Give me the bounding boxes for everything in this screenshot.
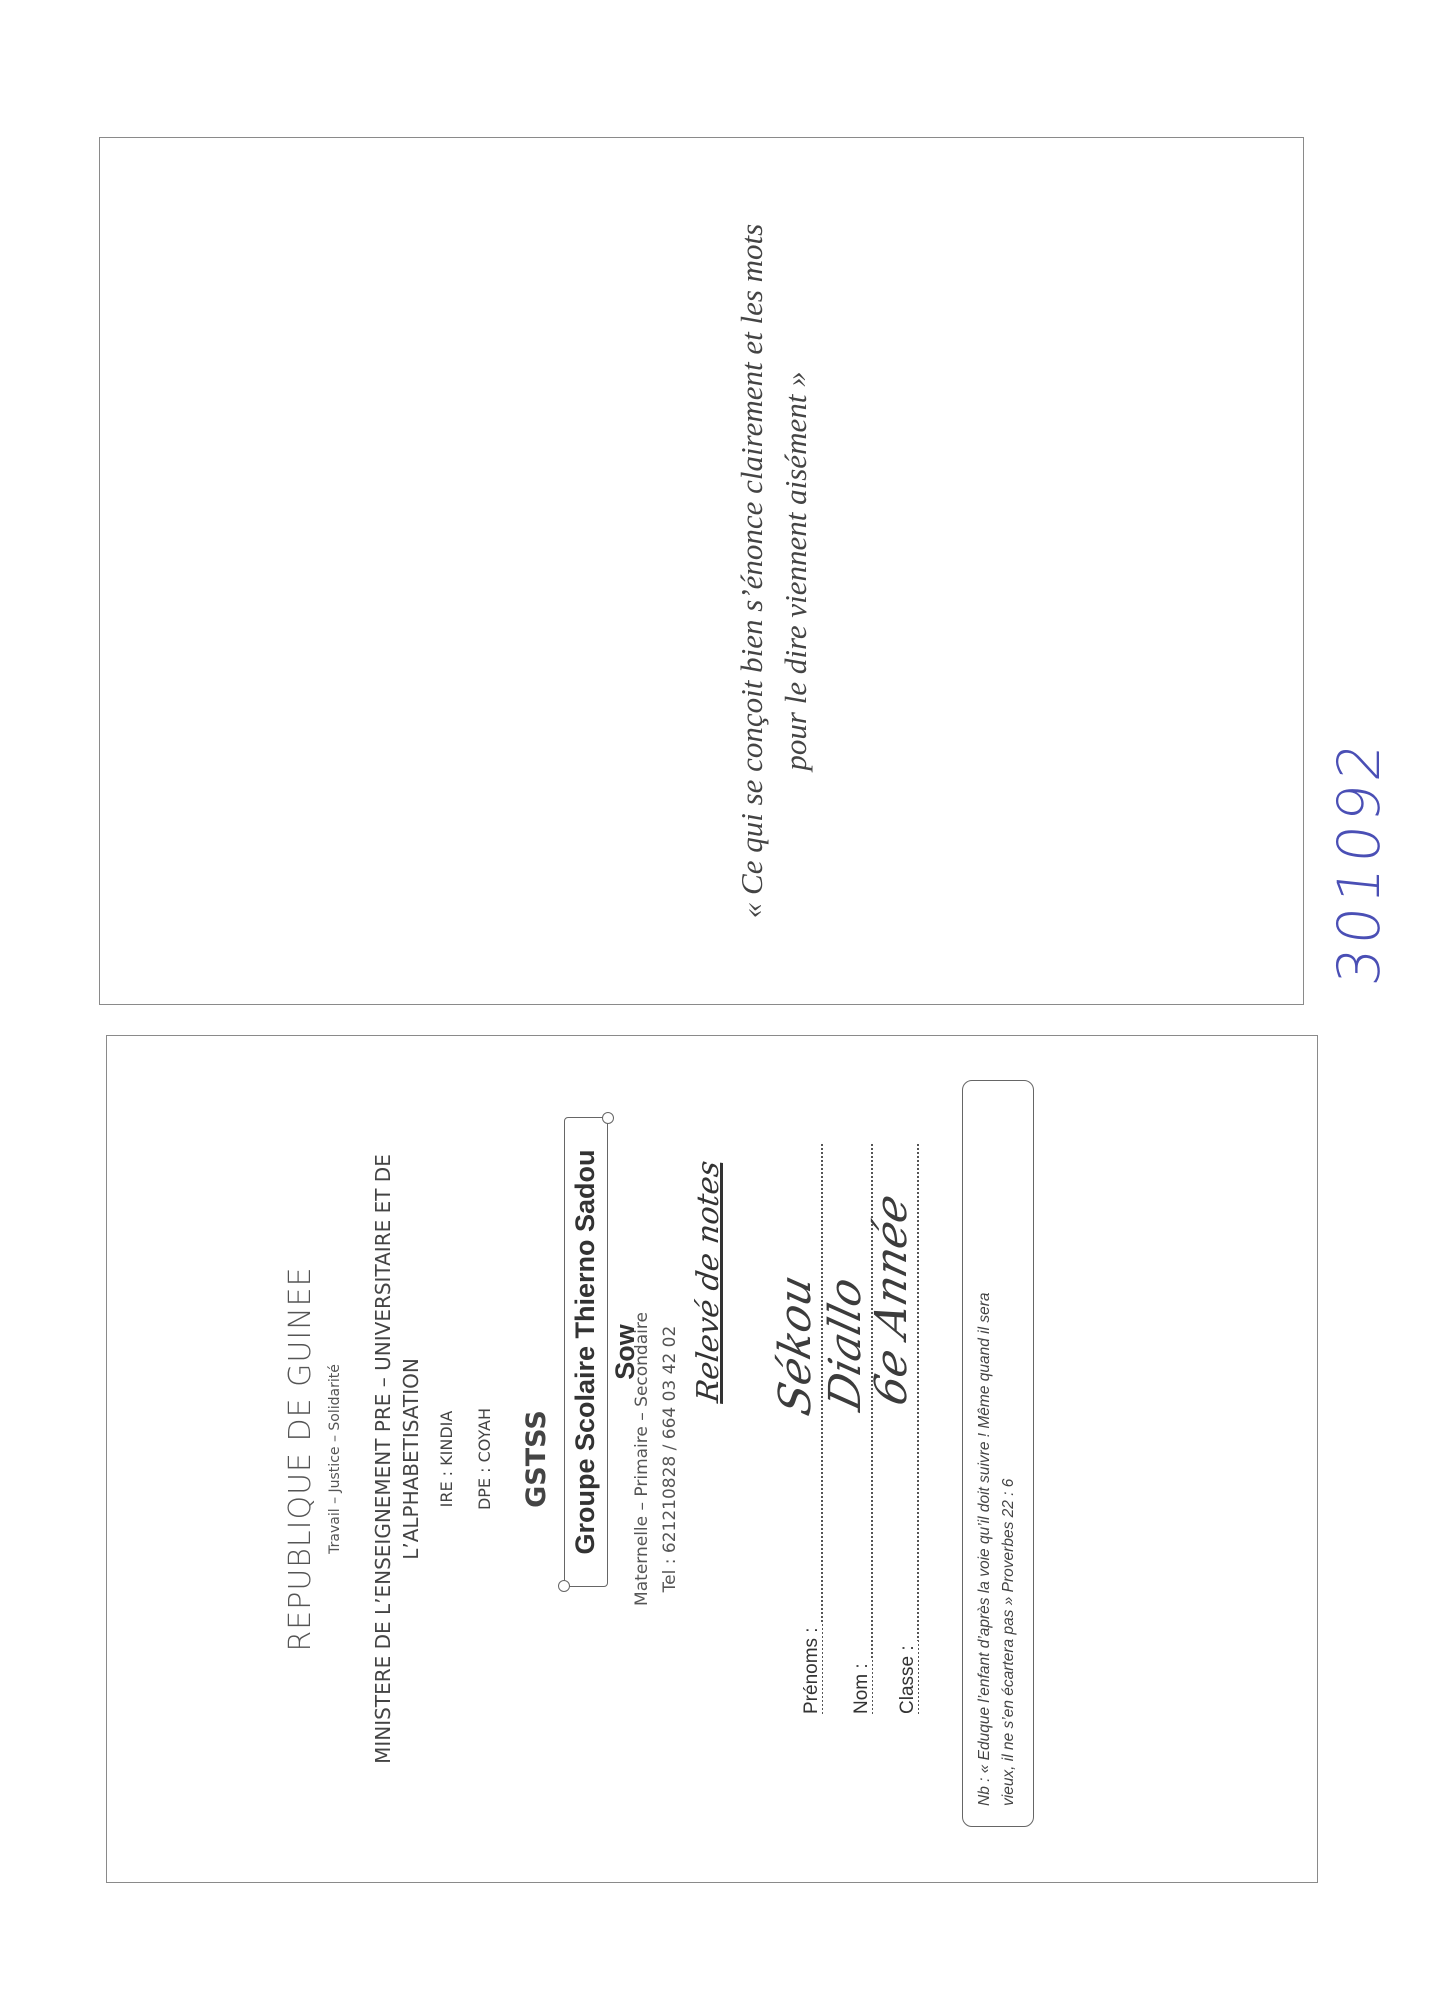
ministry-line-1: MINISTERE DE L’ENSEIGNEMENT PRE – UNIVER… (369, 1036, 397, 1882)
dpe-label: DPE : COYAH (475, 1036, 494, 1882)
quote-line-1: « Ce qui se conçoit bien s’énonce claire… (730, 138, 774, 1004)
school-name-banner: Groupe Scolaire Thierno Sadou Sow (564, 1117, 608, 1587)
proverb-note-box: Nb : « Eduque l’enfant d’après la voie q… (962, 1080, 1034, 1827)
classe-field: Classe : 6e Année (891, 1144, 921, 1714)
school-phone: Tel : 621210828 / 664 03 42 02 (660, 1036, 680, 1882)
prenoms-value: Sékou (770, 1270, 821, 1420)
classe-value: 6e Année (866, 1189, 917, 1410)
prenoms-label: Prénoms : (801, 1623, 822, 1714)
cover-page-frame: REPUBLIQUE DE GUINEE Travail – Justice –… (106, 1035, 1318, 1883)
school-levels: Maternelle – Primaire – Secondaire (632, 1036, 652, 1882)
rotated-document: « Ce qui se conçoit bien s’énonce claire… (0, 0, 1452, 2000)
quote-text: « Ce qui se conçoit bien s’énonce claire… (730, 138, 818, 1004)
quote-line-2: pour le dire viennent aisément » (774, 138, 818, 1004)
handwritten-serial-number: 301092 (1325, 736, 1393, 989)
handwritten-title: Relevé de notes (691, 1159, 726, 1405)
national-motto: Travail – Justice – Solidarité (327, 1036, 343, 1882)
ire-label: IRE : KINDIA (437, 1036, 456, 1882)
country-heading: REPUBLIQUE DE GUINEE (283, 1036, 318, 1882)
quote-page-frame: « Ce qui se conçoit bien s’énonce claire… (99, 137, 1304, 1005)
nom-value: Diallo (820, 1272, 871, 1415)
school-name: Groupe Scolaire Thierno Sadou Sow (570, 1149, 640, 1554)
dotted-line (917, 1144, 919, 1714)
prenoms-field: Prénoms : Sékou (795, 1144, 825, 1714)
classe-label: Classe : (897, 1641, 918, 1714)
ministry-line-2: L’ALPHABETISATION (397, 1036, 425, 1882)
proverb-note-line-2: vieux, il ne s’en écartera pas » Proverb… (997, 1101, 1021, 1806)
school-acronym: GSTSS (521, 1036, 552, 1882)
ministry-heading: MINISTERE DE L’ENSEIGNEMENT PRE – UNIVER… (369, 1036, 425, 1882)
nom-label: Nom : (851, 1659, 872, 1714)
proverb-note-line-1: Nb : « Eduque l’enfant d’après la voie q… (973, 1101, 997, 1806)
